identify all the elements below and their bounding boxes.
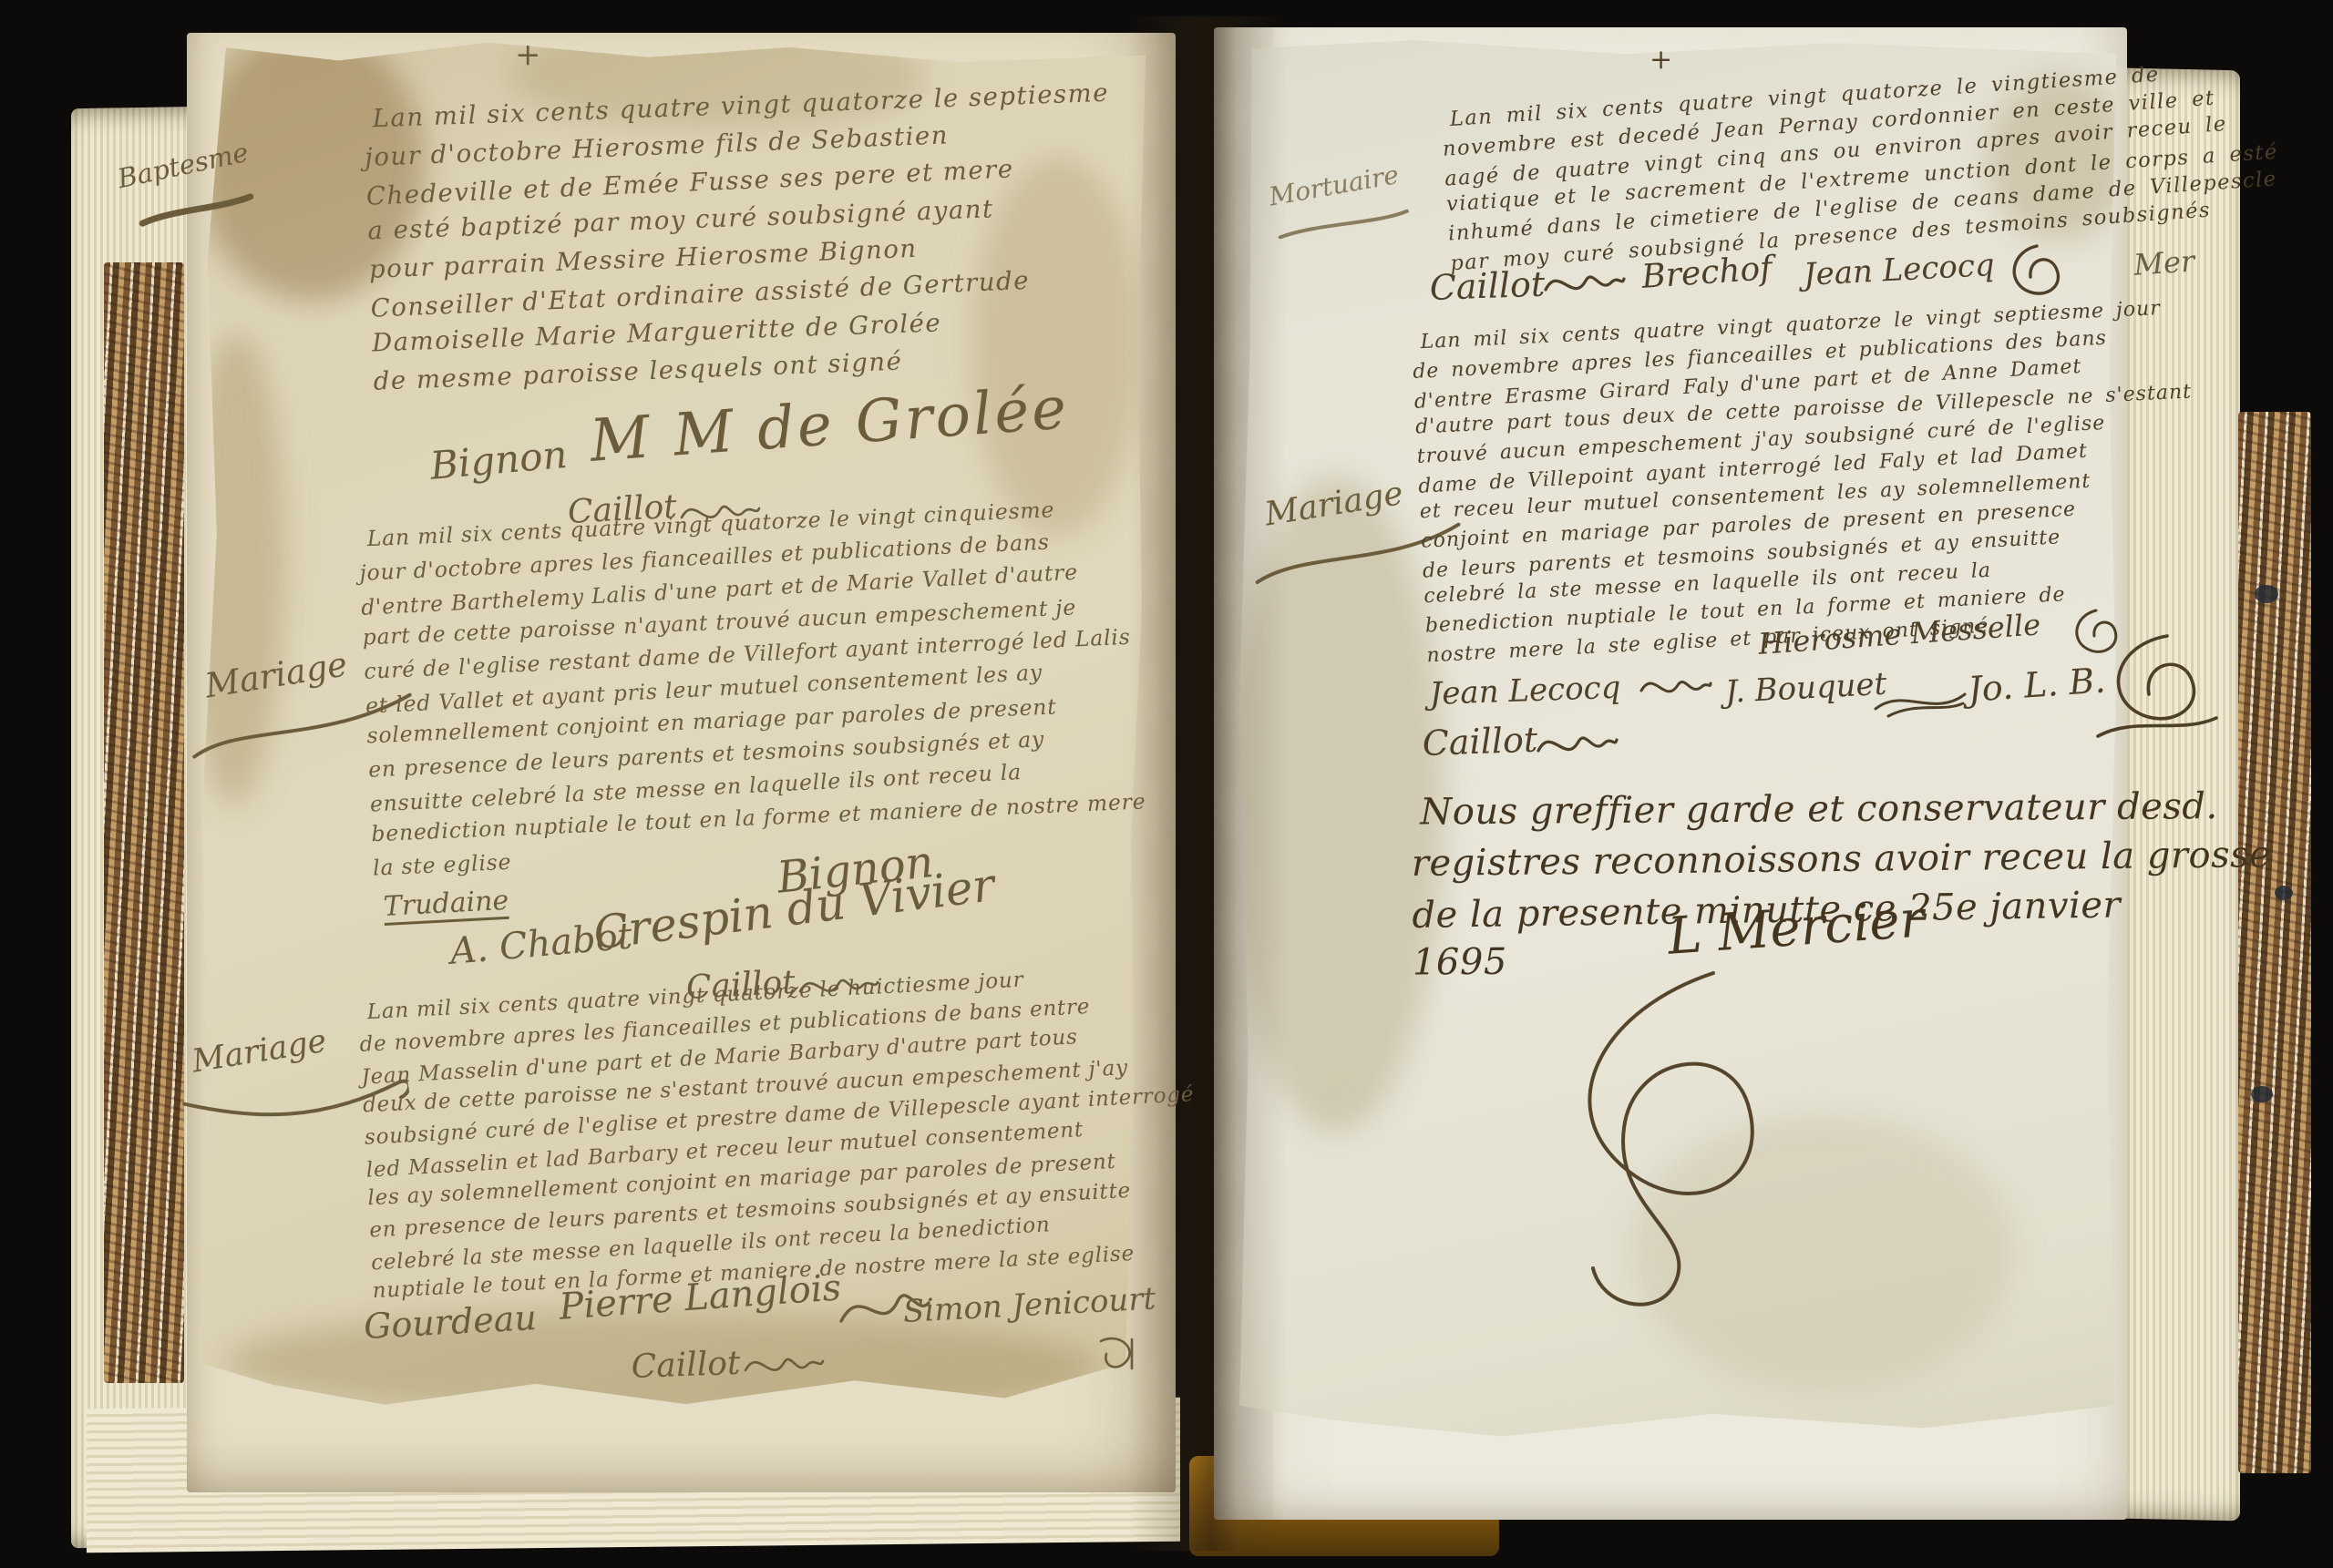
book-photo: + Baptesme Lan mil six cents quatre ving… (0, 0, 2333, 1568)
signature-paraph (1870, 682, 1970, 723)
manuscript-line: Nous greffier garde et conservateur desd… (1411, 782, 2240, 838)
photo-stage: { "colors": { "bg": "#0d0b09", "paper_le… (0, 0, 2333, 1568)
page-marker-left: + (515, 36, 541, 73)
marble-spot (2251, 1086, 2273, 1102)
signature: Trudaine (383, 885, 509, 926)
marriage-record-2: Lan mil six cents quatre vingt quatorze … (357, 956, 1184, 1307)
signature-paraph (1636, 663, 1713, 713)
marbled-endpaper-right (2238, 412, 2311, 1473)
marble-spot (2255, 585, 2278, 603)
signature-paraph (1540, 257, 1627, 312)
signature-paraph (1533, 718, 1619, 773)
signature: Caillot (631, 1345, 741, 1386)
signature: Mer (2133, 243, 2195, 282)
page-marker-right: + (1650, 44, 1672, 76)
baptism-record: Lan mil six cents quatre vingt quatorze … (363, 72, 1157, 401)
marbled-endpaper-left (104, 262, 184, 1383)
signature-paraph (740, 1341, 827, 1391)
marriage-record-1: Lan mil six cents quatre vingt quatorze … (357, 487, 1175, 885)
signature: Caillot (1429, 264, 1546, 308)
signature: Caillot (1422, 720, 1538, 764)
signature-paraph (1092, 1328, 1146, 1378)
notary-grand-paraph (1449, 957, 1832, 1321)
signature-paraph (2080, 627, 2225, 750)
signature: Jean Lecocq (1429, 670, 1621, 712)
marble-spot (2275, 886, 2293, 900)
